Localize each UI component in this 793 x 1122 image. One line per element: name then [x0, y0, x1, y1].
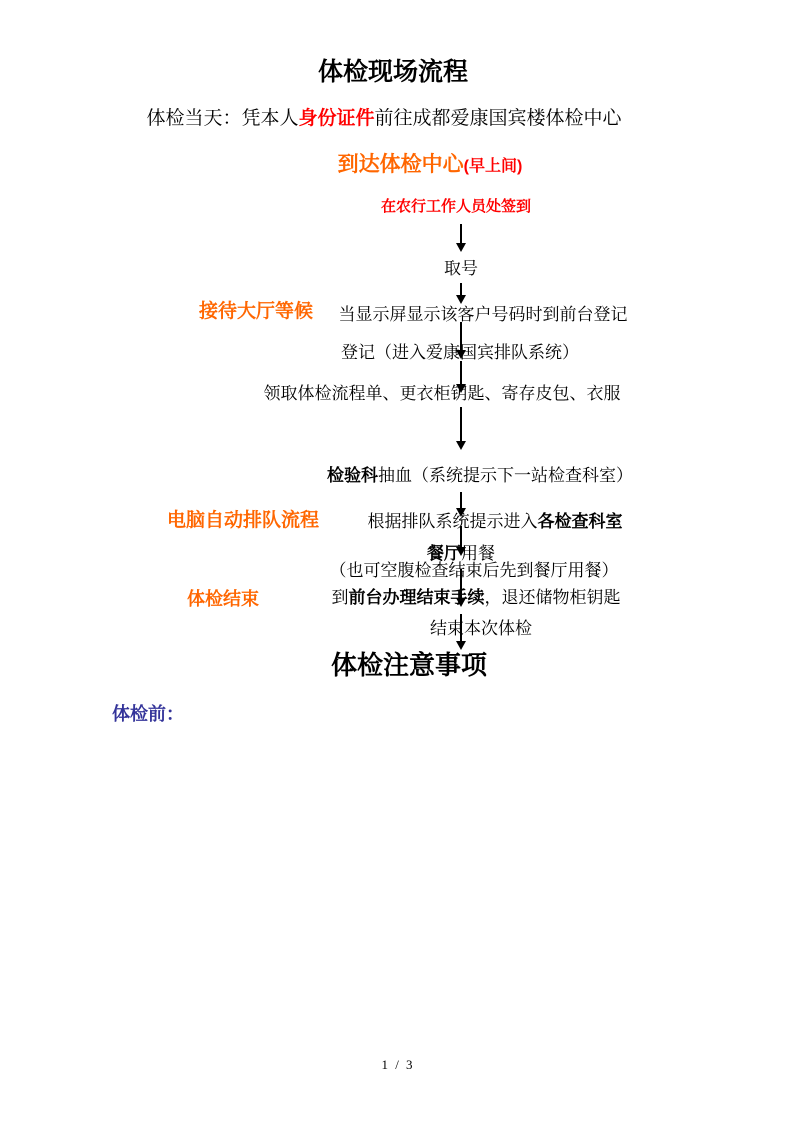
side-label-auto-queue: 电脑自动排队流程 — [167, 510, 319, 533]
checkout-suffix: ，退还储物柜钥匙 — [485, 588, 621, 607]
flow-step-collect-items: 领取体检流程单、更衣柜钥匙、寄存皮包、衣服 — [264, 384, 621, 404]
notice-section-title: 体检注意事项 — [331, 650, 487, 681]
down-arrow-icon — [455, 361, 467, 393]
flow-step-sign-in: 在农行工作人员处签到 — [381, 198, 531, 216]
blood-rest: 抽血（系统提示下一站检查科室） — [378, 466, 633, 485]
side-label-exam-end: 体检结束 — [187, 589, 259, 611]
meal-note: （也可空腹检查结束后先到餐厅用餐） — [330, 561, 619, 581]
down-arrow-icon — [455, 569, 467, 607]
before-exam-label: 体检前： — [112, 704, 184, 726]
down-arrow-icon — [455, 492, 467, 517]
arrive-main: 到达体检中心 — [338, 153, 464, 176]
intro-highlight-id-document: 身份证件 — [298, 108, 374, 129]
page-number: 1 / 3 — [381, 1057, 414, 1073]
intro-line: 体检当天：凭本人身份证件前往成都爱康国宾楼体检中心 — [146, 108, 621, 131]
down-arrow-icon — [455, 283, 467, 304]
document-page: 体检现场流程 体检当天：凭本人身份证件前往成都爱康国宾楼体检中心 到达体检中心(… — [0, 0, 793, 1122]
intro-prefix: 体检当天：凭本人 — [146, 108, 298, 129]
down-arrow-icon — [455, 614, 467, 650]
down-arrow-icon — [455, 407, 467, 450]
flow-step-checkout: 到前台办理结束手续，退还储物柜钥匙 — [332, 588, 621, 608]
flow-step-arrive-center: 到达体检中心(早上间) — [338, 152, 523, 177]
arrive-time-note: (早上间) — [464, 158, 523, 175]
down-arrow-icon — [455, 224, 467, 252]
flow-step-queue-rooms: 根据排队系统提示进入各检查科室 — [368, 512, 623, 532]
intro-suffix: 前往成都爱康国宾楼体检中心 — [375, 108, 622, 129]
side-label-waiting-hall: 接待大厅等候 — [199, 301, 313, 324]
flow-step-take-number: 取号 — [444, 259, 478, 279]
blood-dept-bold: 检验科 — [327, 466, 378, 485]
flow-step-finish: 结束本次体检 — [430, 619, 532, 639]
checkout-prefix: 到 — [332, 588, 349, 607]
flow-step-display-call: 当显示屏显示该客户号码时到前台登记 — [339, 305, 628, 325]
down-arrow-icon — [455, 322, 467, 359]
queue-prefix: 根据排队系统提示进入 — [368, 512, 538, 531]
down-arrow-icon — [455, 526, 467, 556]
queue-rooms-bold: 各检查科室 — [538, 512, 623, 531]
page-title: 体检现场流程 — [318, 57, 468, 87]
flow-step-blood-draw: 检验科抽血（系统提示下一站检查科室） — [327, 466, 633, 486]
